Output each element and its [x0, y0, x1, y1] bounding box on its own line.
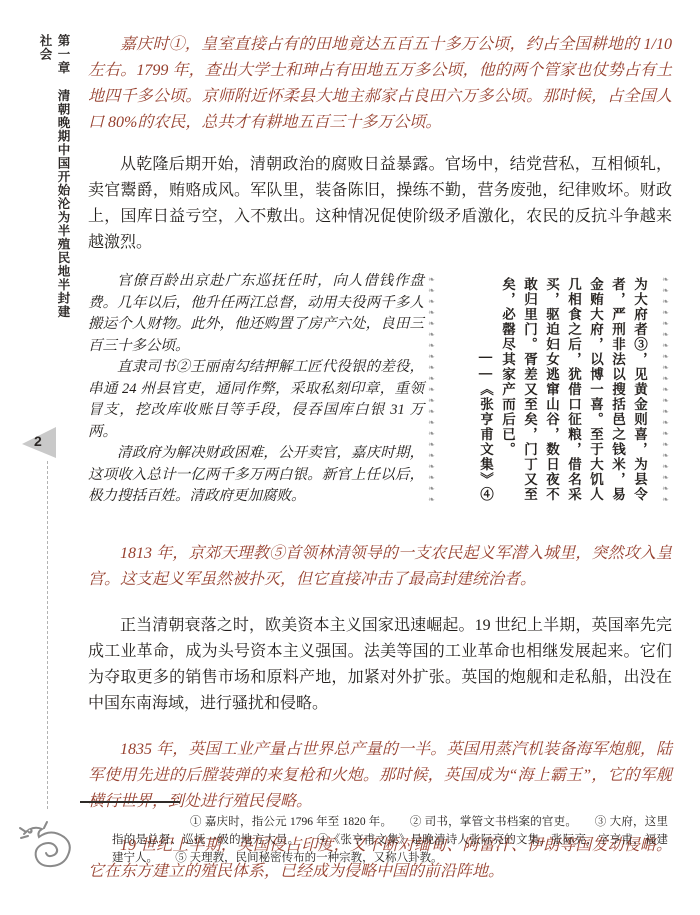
vertical-quote-text: 为大府者③，见黄金则喜，为县令者，严刑非法以搜括邑之钱米，易金贿大府，以博一喜。…: [474, 277, 650, 515]
footnote-divider-rule: [80, 801, 180, 803]
chapter-title: 清朝晚期中国开始沦为半殖民地半封建社会: [38, 34, 70, 318]
two-column-band: 官僚百龄出京赴广东巡抚任时，向人借钱作盘费。几年以后，他升任两江总督，动用夫役两…: [88, 271, 672, 529]
margin-dashed-rule: [47, 461, 48, 809]
ornament-border-left-icon: ❧❧❧❧❧❧❧❧❧❧❧❧❧❧❧❧❧❧❧❧❧❧❧: [426, 275, 436, 507]
classical-quote-block: ❧❧❧❧❧❧❧❧❧❧❧❧❧❧❧❧❧❧❧❧❧❧❧ 为大府者③，见黄金则喜，为县令者…: [424, 271, 672, 529]
page-number: 2: [34, 433, 42, 449]
dragon-ornament-icon: [14, 818, 76, 878]
main-text-column: 嘉庆时①，皇室直接占有的田地竟达五百五十多万公顷，约占全国耕地的 1/10 左右…: [88, 28, 672, 885]
chapter-number-label: 第一章: [56, 34, 70, 75]
side-paragraph-wanglinan: 直隶司书②王丽南勾结押解工匠代役银的差役，串通 24 州县官吏，通同作弊，采取私…: [88, 357, 424, 443]
textbook-page: 第一章清朝晚期中国开始沦为半殖民地半封建社会 2 嘉庆时①，皇室直接占有的田地竟…: [0, 0, 700, 915]
quote-attribution: ——《张亨甫文集》④: [478, 277, 493, 502]
page-number-marker: 2: [22, 427, 56, 458]
body-paragraph-qing-corruption: 从乾隆后期开始，清朝政治的腐败日益暴露。官场中，结党营私，互相倾轧，卖官鬻爵，贿…: [88, 152, 672, 256]
body-paragraph-western-rise: 正当清朝衰落之时，欧美资本主义国家迅速崛起。19 世纪上半期，英国率先完成工业革…: [88, 613, 672, 717]
side-paragraph-selling-offices: 清政府为解决财政困难，公开卖官，嘉庆时期，这项收入总计一亿两千多万两白银。新官上…: [88, 443, 424, 508]
footnotes-text: ① 嘉庆时，指公元 1796 年至 1820 年。 ② 司书，掌管文书档案的官吏…: [112, 813, 668, 867]
chapter-heading: 第一章清朝晚期中国开始沦为半殖民地半封建社会: [36, 34, 72, 324]
reading-paragraph-1813-uprising: 1813 年，京郊天理教⑤首领林清领导的一支农民起义军潜入城里，突然攻入皇宫。这…: [88, 541, 672, 593]
reading-paragraph-jiaqing-land: 嘉庆时①，皇室直接占有的田地竟达五百五十多万公顷，约占全国耕地的 1/10 左右…: [88, 32, 672, 136]
quote-body: 为大府者③，见黄金则喜，为县令者，严刑非法以搜括邑之钱米，易金贿大府，以博一喜。…: [500, 277, 647, 502]
ornament-border-right-icon: ❧❧❧❧❧❧❧❧❧❧❧❧❧❧❧❧❧❧❧❧❧❧❧: [660, 275, 670, 507]
side-paragraph-bailing: 官僚百龄出京赴广东巡抚任时，向人借钱作盘费。几年以后，他升任两江总督，动用夫役两…: [88, 271, 424, 357]
reading-paragraph-1835-britain: 1835 年，英国工业产量占世界总产量的一半。英国用蒸汽机装备海军炮舰，陆军使用…: [88, 737, 672, 815]
side-reading-column: 官僚百龄出京赴广东巡抚任时，向人借钱作盘费。几年以后，他升任两江总督，动用夫役两…: [88, 271, 424, 529]
